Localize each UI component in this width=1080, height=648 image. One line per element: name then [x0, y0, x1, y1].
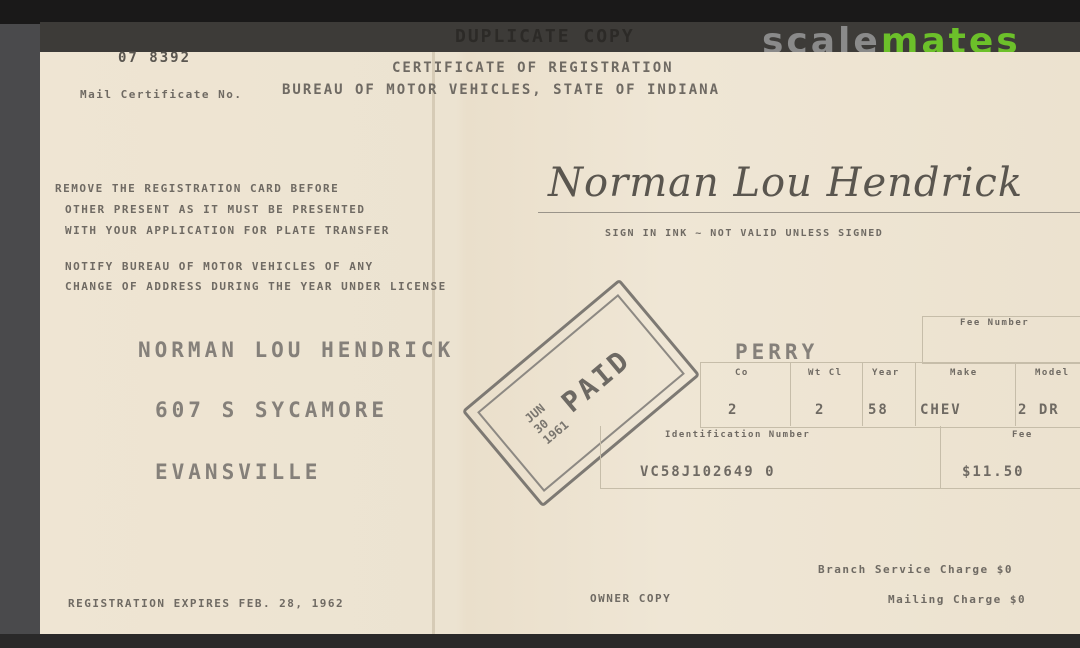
table-divider	[940, 426, 941, 488]
cell-make: CHEV	[920, 402, 962, 418]
col-header-model: Model	[1035, 368, 1070, 378]
fee-value: $11.50	[962, 464, 1025, 480]
table-divider	[915, 362, 916, 426]
col-header-year: Year	[872, 368, 900, 378]
instruction-line-3: WITH YOUR APPLICATION FOR PLATE TRANSFER	[65, 224, 390, 237]
cell-co: 2	[728, 402, 738, 418]
signature-line	[538, 212, 1080, 213]
cell-model: 2 DR	[1018, 402, 1060, 418]
fee-label: Fee	[1012, 430, 1033, 440]
col-header-make: Make	[950, 368, 978, 378]
expiration-notice: REGISTRATION EXPIRES FEB. 28, 1962	[68, 597, 344, 610]
owner-street: 607 S SYCAMORE	[155, 398, 388, 422]
instruction-line-1: REMOVE THE REGISTRATION CARD BEFORE	[55, 182, 339, 195]
serial-value: VC58J102649 0	[640, 464, 776, 480]
certificate-title: CERTIFICATE OF REGISTRATION	[392, 60, 674, 76]
col-header-wtcl: Wt Cl	[808, 368, 843, 378]
cell-wtcl: 2	[815, 402, 825, 418]
mailing-charge: Mailing Charge $0	[888, 593, 1026, 606]
table-divider	[1015, 362, 1016, 426]
bureau-title: BUREAU OF MOTOR VEHICLES, STATE OF INDIA…	[282, 82, 720, 98]
owner-copy-label: OWNER COPY	[590, 592, 671, 605]
owner-signature: Norman Lou Hendrick	[548, 160, 1023, 206]
bottom-dark-border	[0, 634, 1080, 648]
owner-city: EVANSVILLE	[155, 460, 321, 484]
table-divider	[790, 362, 791, 426]
owner-name: NORMAN LOU HENDRICK	[138, 338, 454, 362]
county-value: PERRY	[735, 340, 818, 364]
top-strip-text: DUPLICATE COPY	[455, 26, 635, 47]
serial-label: Identification Number	[665, 430, 810, 440]
stamp-main-text: PAID	[555, 342, 637, 418]
corner-label: 07 8392	[118, 50, 191, 66]
instruction-line-5: CHANGE OF ADDRESS DURING THE YEAR UNDER …	[65, 280, 447, 293]
fee-number-header: Fee Number	[960, 318, 1029, 328]
col-header-co: Co	[735, 368, 749, 378]
cell-year: 58	[868, 402, 889, 418]
signature-caption: SIGN IN INK ~ NOT VALID UNLESS SIGNED	[605, 228, 883, 239]
table-divider	[862, 362, 863, 426]
instruction-line-2: OTHER PRESENT AS IT MUST BE PRESENTED	[65, 203, 366, 216]
instruction-line-4: NOTIFY BUREAU OF MOTOR VEHICLES OF ANY	[65, 260, 374, 273]
corner-sublabel: Mail Certificate No.	[80, 88, 242, 101]
branch-service-charge: Branch Service Charge $0	[818, 563, 1013, 576]
